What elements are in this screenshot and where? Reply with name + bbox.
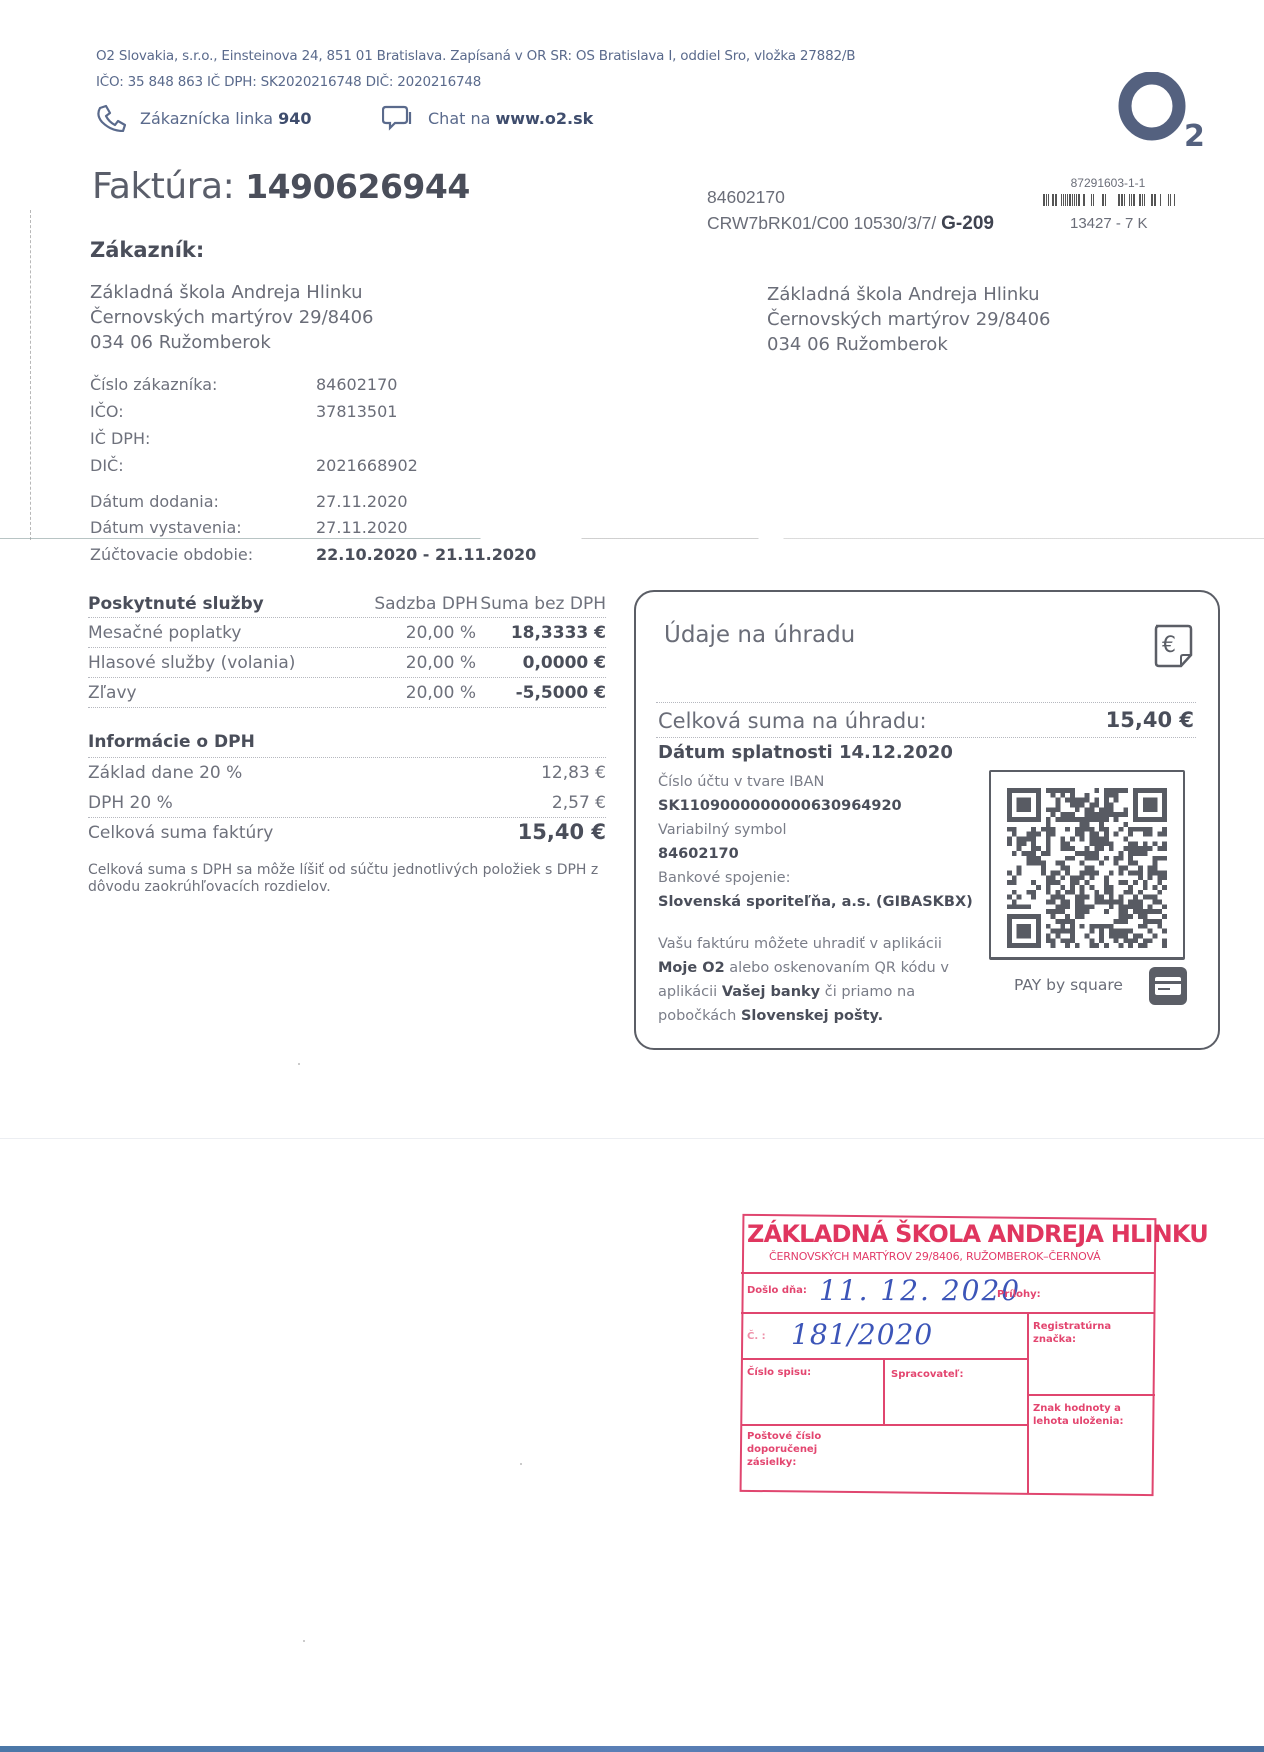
received-date-handwritten: 11. 12. 2020 [819, 1274, 1021, 1307]
barcode-block: 87291603-1-1 13427 - 7 K [1036, 176, 1180, 232]
address-line: 034 06 Ružomberok [90, 330, 373, 355]
table-row: Mesačné poplatky 20,00 % 18,3333 € [88, 618, 606, 648]
field-value: 27.11.2020 [316, 518, 408, 537]
total-due-label: Celková suma na úhradu: [658, 709, 927, 733]
received-label: Došlo dňa: [747, 1284, 807, 1297]
company-ids-line: IČO: 35 848 863 IČ DPH: SK2020216748 DIČ… [96, 74, 481, 90]
bank-value: Slovenská sporiteľňa, a.s. (GIBASKBX) [658, 890, 988, 914]
dic-row: DIČ:2021668902 [90, 456, 610, 478]
field-value: 2021668902 [316, 456, 418, 475]
column-header: Suma bez DPH [480, 594, 606, 614]
help-app-name: Moje O2 [658, 960, 725, 976]
table-row: Zľavy 20,00 % -5,5000 € [88, 678, 606, 708]
payment-details: Dátum splatnosti 14.12.2020 Číslo účtu v… [658, 742, 988, 914]
column-header: Sadzba DPH [374, 594, 478, 614]
scan-speck [520, 1463, 522, 1465]
field-label: IČ DPH: [90, 429, 150, 448]
field-value: 27.11.2020 [316, 492, 408, 511]
vat-rate: 20,00 % [406, 683, 476, 703]
registry-mark-label: Registratúrna značka: [1033, 1320, 1155, 1346]
file-number-label: Číslo spisu: [747, 1366, 811, 1379]
fold-line [0, 538, 1264, 539]
stamp-divider [883, 1358, 885, 1424]
attachments-label: Prílohy: [997, 1288, 1041, 1301]
qr-frame [989, 770, 1185, 960]
ico-row: IČO:37813501 [90, 402, 610, 424]
stamp-divider [741, 1358, 1029, 1360]
stamp-divider [1027, 1394, 1155, 1396]
amount: 18,3333 € [511, 623, 606, 643]
invoice-title: Faktúra: 1490626944 [92, 166, 470, 207]
customer-hotline: Zákaznícka linka 940 [96, 104, 312, 132]
scan-edge [0, 1746, 1264, 1752]
scan-edge-marks [30, 210, 31, 540]
vat-row: DPH 20 %2,57 € [88, 788, 606, 818]
field-value: 37813501 [316, 402, 397, 421]
routing-code: CRW7bRK01/C00 10530/3/7/ [707, 213, 936, 233]
registry-stamp: ZÁKLADNÁ ŠKOLA ANDREJA HLINKU ČERNOVSKÝC… [741, 1216, 1155, 1494]
field-label: Číslo zákazníka: [90, 375, 217, 394]
field-label: Zúčtovacie obdobie: [90, 545, 253, 564]
help-post: Slovenskej pošty. [741, 1008, 883, 1024]
retention-label: Znak hodnoty a lehota uloženia: [1033, 1402, 1151, 1428]
vat-value: 12,83 € [541, 763, 606, 783]
scan-speck [303, 1640, 305, 1642]
euro-document-icon: € [1150, 622, 1194, 670]
o2-logo: 2 [1118, 72, 1210, 148]
reference-number: 84602170 [707, 184, 994, 210]
stamp-address: ČERNOVSKÝCH MARTÝROV 29/8406, RUŽOMBEROK… [769, 1250, 1100, 1263]
chat-label: Chat na [428, 109, 490, 128]
vat-label: Celková suma faktúry [88, 823, 273, 843]
fold-line [0, 1138, 1264, 1139]
chat-url[interactable]: www.o2.sk [496, 109, 594, 128]
stamp-school-name: ZÁKLADNÁ ŠKOLA ANDREJA HLINKU [747, 1220, 1208, 1248]
invoice-total-row: Celková suma faktúry15,40 € [88, 818, 606, 848]
due-date: Dátum splatnosti 14.12.2020 [658, 742, 988, 770]
field-label: Dátum vystavenia: [90, 518, 242, 537]
payment-box: Údaje na úhradu € Celková suma na úhradu… [634, 590, 1220, 1050]
service-name: Mesačné poplatky [88, 623, 241, 643]
qr-code [1007, 788, 1167, 948]
svg-text:€: € [1162, 633, 1176, 658]
vat-value: 2,57 € [552, 793, 606, 813]
issue-date-row: Dátum vystavenia:27.11.2020 [90, 518, 610, 540]
customer-number-row: Číslo zákazníka:84602170 [90, 375, 610, 397]
vat-rate: 20,00 % [406, 623, 476, 643]
stamp-divider [741, 1312, 1155, 1314]
service-name: Hlasové služby (volania) [88, 653, 295, 673]
total-due-value: 15,40 € [1106, 708, 1194, 732]
vat-row: Základ dane 20 %12,83 € [88, 758, 606, 788]
table-header: Poskytnuté služby Sadzba DPH Suma bez DP… [88, 592, 606, 618]
scan-speck [298, 1063, 300, 1065]
pay-by-square-label: PAY by square [1014, 976, 1123, 994]
variable-symbol-label: Variabilný symbol [658, 818, 988, 842]
field-label: DIČ: [90, 456, 124, 475]
card-icon [1148, 966, 1188, 1006]
help-bank: Vašej banky [722, 984, 820, 1000]
mailing-address: Základná škola Andreja Hlinku Černovskýc… [767, 282, 1050, 357]
service-name: Zľavy [88, 683, 137, 703]
invoice-total-value: 15,40 € [518, 820, 606, 844]
variable-symbol-value: 84602170 [658, 842, 988, 866]
services-table: Poskytnuté služby Sadzba DPH Suma bez DP… [88, 592, 606, 708]
payment-title: Údaje na úhradu [664, 622, 855, 648]
vat-label: Základ dane 20 % [88, 763, 242, 783]
address-line: Základná škola Andreja Hlinku [90, 280, 373, 305]
invoice-number: 1490626944 [245, 167, 470, 206]
invoice-title-label: Faktúra: [92, 166, 234, 207]
amount: -5,5000 € [516, 683, 606, 703]
chat-link[interactable]: Chat na www.o2.sk [382, 104, 593, 132]
payment-help-text: Vašu faktúru môžete uhradiť v aplikácii … [658, 932, 958, 1028]
ic-dph-row: IČ DPH: [90, 429, 610, 451]
hotline-number: 940 [278, 109, 311, 128]
routing-code-bold: G-209 [941, 213, 994, 234]
number-label: Č. : [747, 1330, 766, 1343]
delivery-date-row: Dátum dodania:27.11.2020 [90, 492, 610, 514]
field-label: Dátum dodania: [90, 492, 219, 511]
svg-text:2: 2 [1184, 119, 1205, 148]
column-header: Poskytnuté služby [88, 594, 264, 614]
company-info-line: O2 Slovakia, s.r.o., Einsteinova 24, 851… [96, 48, 855, 64]
field-value: 22.10.2020 - 21.11.2020 [316, 545, 536, 564]
chat-icon [382, 104, 414, 132]
barcode-bottom-text: 13427 - 7 K [1036, 215, 1180, 232]
address-line: Základná škola Andreja Hlinku [767, 282, 1050, 307]
barcode [1038, 194, 1178, 206]
total-due-row: Celková suma na úhradu: 15,40 € [656, 702, 1196, 738]
postal-number-label: Poštové číslo doporučenej zásielky: [747, 1430, 831, 1469]
vat-info-title: Informácie o DPH [88, 732, 606, 758]
handler-label: Spracovateľ: [891, 1368, 963, 1381]
address-line: 034 06 Ružomberok [767, 332, 1050, 357]
vat-rate: 20,00 % [406, 653, 476, 673]
barcode-top-text: 87291603-1-1 [1036, 176, 1180, 190]
amount: 0,0000 € [523, 653, 606, 673]
stamp-divider [741, 1424, 1029, 1426]
iban-label: Číslo účtu v tvare IBAN [658, 770, 988, 794]
help-text: Vašu faktúru môžete uhradiť v aplikácii [658, 936, 942, 952]
field-label: IČO: [90, 402, 124, 421]
rounding-note: Celková suma s DPH sa môže líšiť od súčt… [88, 862, 608, 896]
customer-info: Číslo zákazníka:84602170 IČO:37813501 IČ… [90, 375, 610, 575]
iban-value: SK1109000000000630964920 [658, 794, 988, 818]
reference-block: 84602170 CRW7bRK01/C00 10530/3/7/ G-209 [707, 184, 994, 237]
stamp-divider [1027, 1312, 1029, 1494]
address-line: Černovských martýrov 29/8406 [767, 307, 1050, 332]
vat-info: Informácie o DPH Základ dane 20 %12,83 €… [88, 732, 606, 848]
phone-icon [96, 104, 126, 132]
registry-number-handwritten: 181/2020 [791, 1318, 933, 1351]
customer-address: Základná škola Andreja Hlinku Černovskýc… [90, 280, 373, 355]
address-line: Černovských martýrov 29/8406 [90, 305, 373, 330]
field-value: 84602170 [316, 375, 397, 394]
vat-label: DPH 20 % [88, 793, 173, 813]
table-row: Hlasové služby (volania) 20,00 % 0,0000 … [88, 648, 606, 678]
billing-period-row: Zúčtovacie obdobie:22.10.2020 - 21.11.20… [90, 545, 610, 567]
bank-label: Bankové spojenie: [658, 866, 988, 890]
hotline-label: Zákaznícka linka [140, 109, 273, 128]
customer-heading: Zákazník: [90, 238, 204, 262]
